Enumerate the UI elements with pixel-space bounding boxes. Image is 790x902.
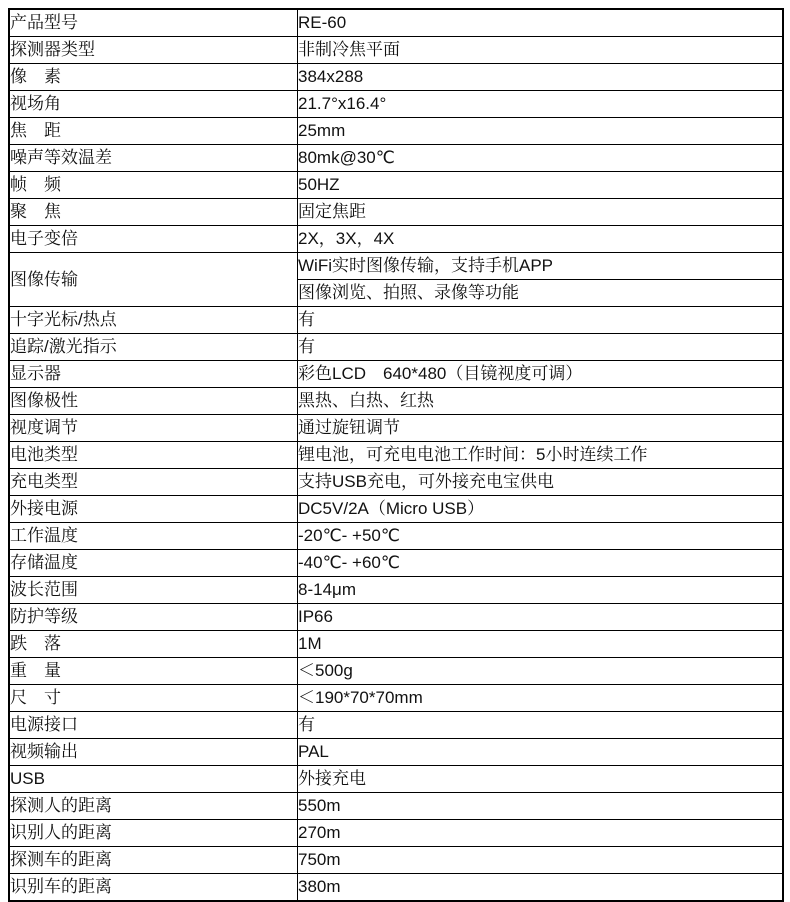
spec-label: 尺 寸: [9, 685, 298, 712]
table-row: 焦 距 25mm: [9, 118, 783, 145]
table-row: 帧 频 50HZ: [9, 172, 783, 199]
table-row: 图像极性 黑热、白热、红热: [9, 388, 783, 415]
spec-label: 识别车的距离: [9, 874, 298, 902]
spec-label: 产品型号: [9, 9, 298, 37]
spec-label: 噪声等效温差: [9, 145, 298, 172]
table-row: 电源接口 有: [9, 712, 783, 739]
spec-label: 重 量: [9, 658, 298, 685]
spec-value: IP66: [298, 604, 784, 631]
spec-label: 十字光标/热点: [9, 307, 298, 334]
spec-value: 8-14μm: [298, 577, 784, 604]
table-row: 噪声等效温差 80mk@30℃: [9, 145, 783, 172]
table-row: 识别人的距离 270m: [9, 820, 783, 847]
table-row: 充电类型 支持USB充电，可外接充电宝供电: [9, 469, 783, 496]
spec-value: 80mk@30℃: [298, 145, 784, 172]
spec-value: 黑热、白热、红热: [298, 388, 784, 415]
table-row: 电池类型 锂电池，可充电电池工作时间：5小时连续工作: [9, 442, 783, 469]
spec-label: 探测人的距离: [9, 793, 298, 820]
spec-value: 通过旋钮调节: [298, 415, 784, 442]
table-row: 产品型号 RE-60: [9, 9, 783, 37]
spec-value: 支持USB充电，可外接充电宝供电: [298, 469, 784, 496]
table-row: 显示器 彩色LCD 640*480（目镜视度可调）: [9, 361, 783, 388]
spec-label: 识别人的距离: [9, 820, 298, 847]
spec-value: 270m: [298, 820, 784, 847]
spec-label: 探测器类型: [9, 37, 298, 64]
spec-label: 视度调节: [9, 415, 298, 442]
table-row: 外接电源 DC5V/2A（Micro USB）: [9, 496, 783, 523]
spec-label: 帧 频: [9, 172, 298, 199]
spec-label: 图像极性: [9, 388, 298, 415]
spec-label: 防护等级: [9, 604, 298, 631]
spec-value: 有: [298, 307, 784, 334]
spec-value: ＜500g: [298, 658, 784, 685]
table-row: 重 量 ＜500g: [9, 658, 783, 685]
spec-table-body: 产品型号 RE-60 探测器类型 非制冷焦平面 像 素 384x288 视场角 …: [9, 9, 783, 901]
spec-value: RE-60: [298, 9, 784, 37]
table-row: 存储温度 -40℃- +60℃: [9, 550, 783, 577]
spec-label: 工作温度: [9, 523, 298, 550]
spec-label: 探测车的距离: [9, 847, 298, 874]
spec-value: PAL: [298, 739, 784, 766]
spec-table: 产品型号 RE-60 探测器类型 非制冷焦平面 像 素 384x288 视场角 …: [8, 8, 784, 902]
table-row: 视度调节 通过旋钮调节: [9, 415, 783, 442]
table-row: 探测车的距离 750m: [9, 847, 783, 874]
table-row: 追踪/激光指示 有: [9, 334, 783, 361]
spec-value: 彩色LCD 640*480（目镜视度可调）: [298, 361, 784, 388]
spec-label: 视场角: [9, 91, 298, 118]
spec-label: 像 素: [9, 64, 298, 91]
spec-value: 550m: [298, 793, 784, 820]
table-row: 尺 寸 ＜190*70*70mm: [9, 685, 783, 712]
spec-label: 焦 距: [9, 118, 298, 145]
spec-label: 波长范围: [9, 577, 298, 604]
spec-label: 存储温度: [9, 550, 298, 577]
spec-value: 380m: [298, 874, 784, 902]
table-row: 波长范围 8-14μm: [9, 577, 783, 604]
table-row: 工作温度 -20℃- +50℃: [9, 523, 783, 550]
spec-value: 外接充电: [298, 766, 784, 793]
spec-label: 电子变倍: [9, 226, 298, 253]
spec-label: 聚 焦: [9, 199, 298, 226]
spec-value: 图像浏览、拍照、录像等功能: [298, 280, 784, 307]
spec-value: -40℃- +60℃: [298, 550, 784, 577]
spec-value: WiFi实时图像传输，支持手机APP: [298, 253, 784, 280]
spec-value: 1M: [298, 631, 784, 658]
table-row: 像 素 384x288: [9, 64, 783, 91]
table-row: 防护等级 IP66: [9, 604, 783, 631]
spec-value: 有: [298, 334, 784, 361]
table-row: 视频输出 PAL: [9, 739, 783, 766]
spec-value: 25mm: [298, 118, 784, 145]
table-row: 图像传输 WiFi实时图像传输，支持手机APP: [9, 253, 783, 280]
spec-label: 视频输出: [9, 739, 298, 766]
table-row: 聚 焦 固定焦距: [9, 199, 783, 226]
spec-label: 电源接口: [9, 712, 298, 739]
spec-value: 21.7°x16.4°: [298, 91, 784, 118]
table-row: 跌 落 1M: [9, 631, 783, 658]
table-row: USB 外接充电: [9, 766, 783, 793]
table-row: 视场角 21.7°x16.4°: [9, 91, 783, 118]
spec-value: 384x288: [298, 64, 784, 91]
spec-label: 电池类型: [9, 442, 298, 469]
spec-value: ＜190*70*70mm: [298, 685, 784, 712]
table-row: 探测器类型 非制冷焦平面: [9, 37, 783, 64]
spec-label: 跌 落: [9, 631, 298, 658]
spec-value: DC5V/2A（Micro USB）: [298, 496, 784, 523]
spec-value: 2X，3X，4X: [298, 226, 784, 253]
spec-value: 50HZ: [298, 172, 784, 199]
spec-label: USB: [9, 766, 298, 793]
table-row: 电子变倍 2X，3X，4X: [9, 226, 783, 253]
table-row: 探测人的距离 550m: [9, 793, 783, 820]
table-row: 识别车的距离 380m: [9, 874, 783, 902]
spec-value: -20℃- +50℃: [298, 523, 784, 550]
spec-label: 图像传输: [9, 253, 298, 307]
spec-value: 750m: [298, 847, 784, 874]
spec-value: 有: [298, 712, 784, 739]
spec-value: 非制冷焦平面: [298, 37, 784, 64]
spec-label: 外接电源: [9, 496, 298, 523]
spec-label: 追踪/激光指示: [9, 334, 298, 361]
spec-value: 锂电池，可充电电池工作时间：5小时连续工作: [298, 442, 784, 469]
spec-label: 显示器: [9, 361, 298, 388]
table-row: 十字光标/热点 有: [9, 307, 783, 334]
spec-value: 固定焦距: [298, 199, 784, 226]
spec-label: 充电类型: [9, 469, 298, 496]
